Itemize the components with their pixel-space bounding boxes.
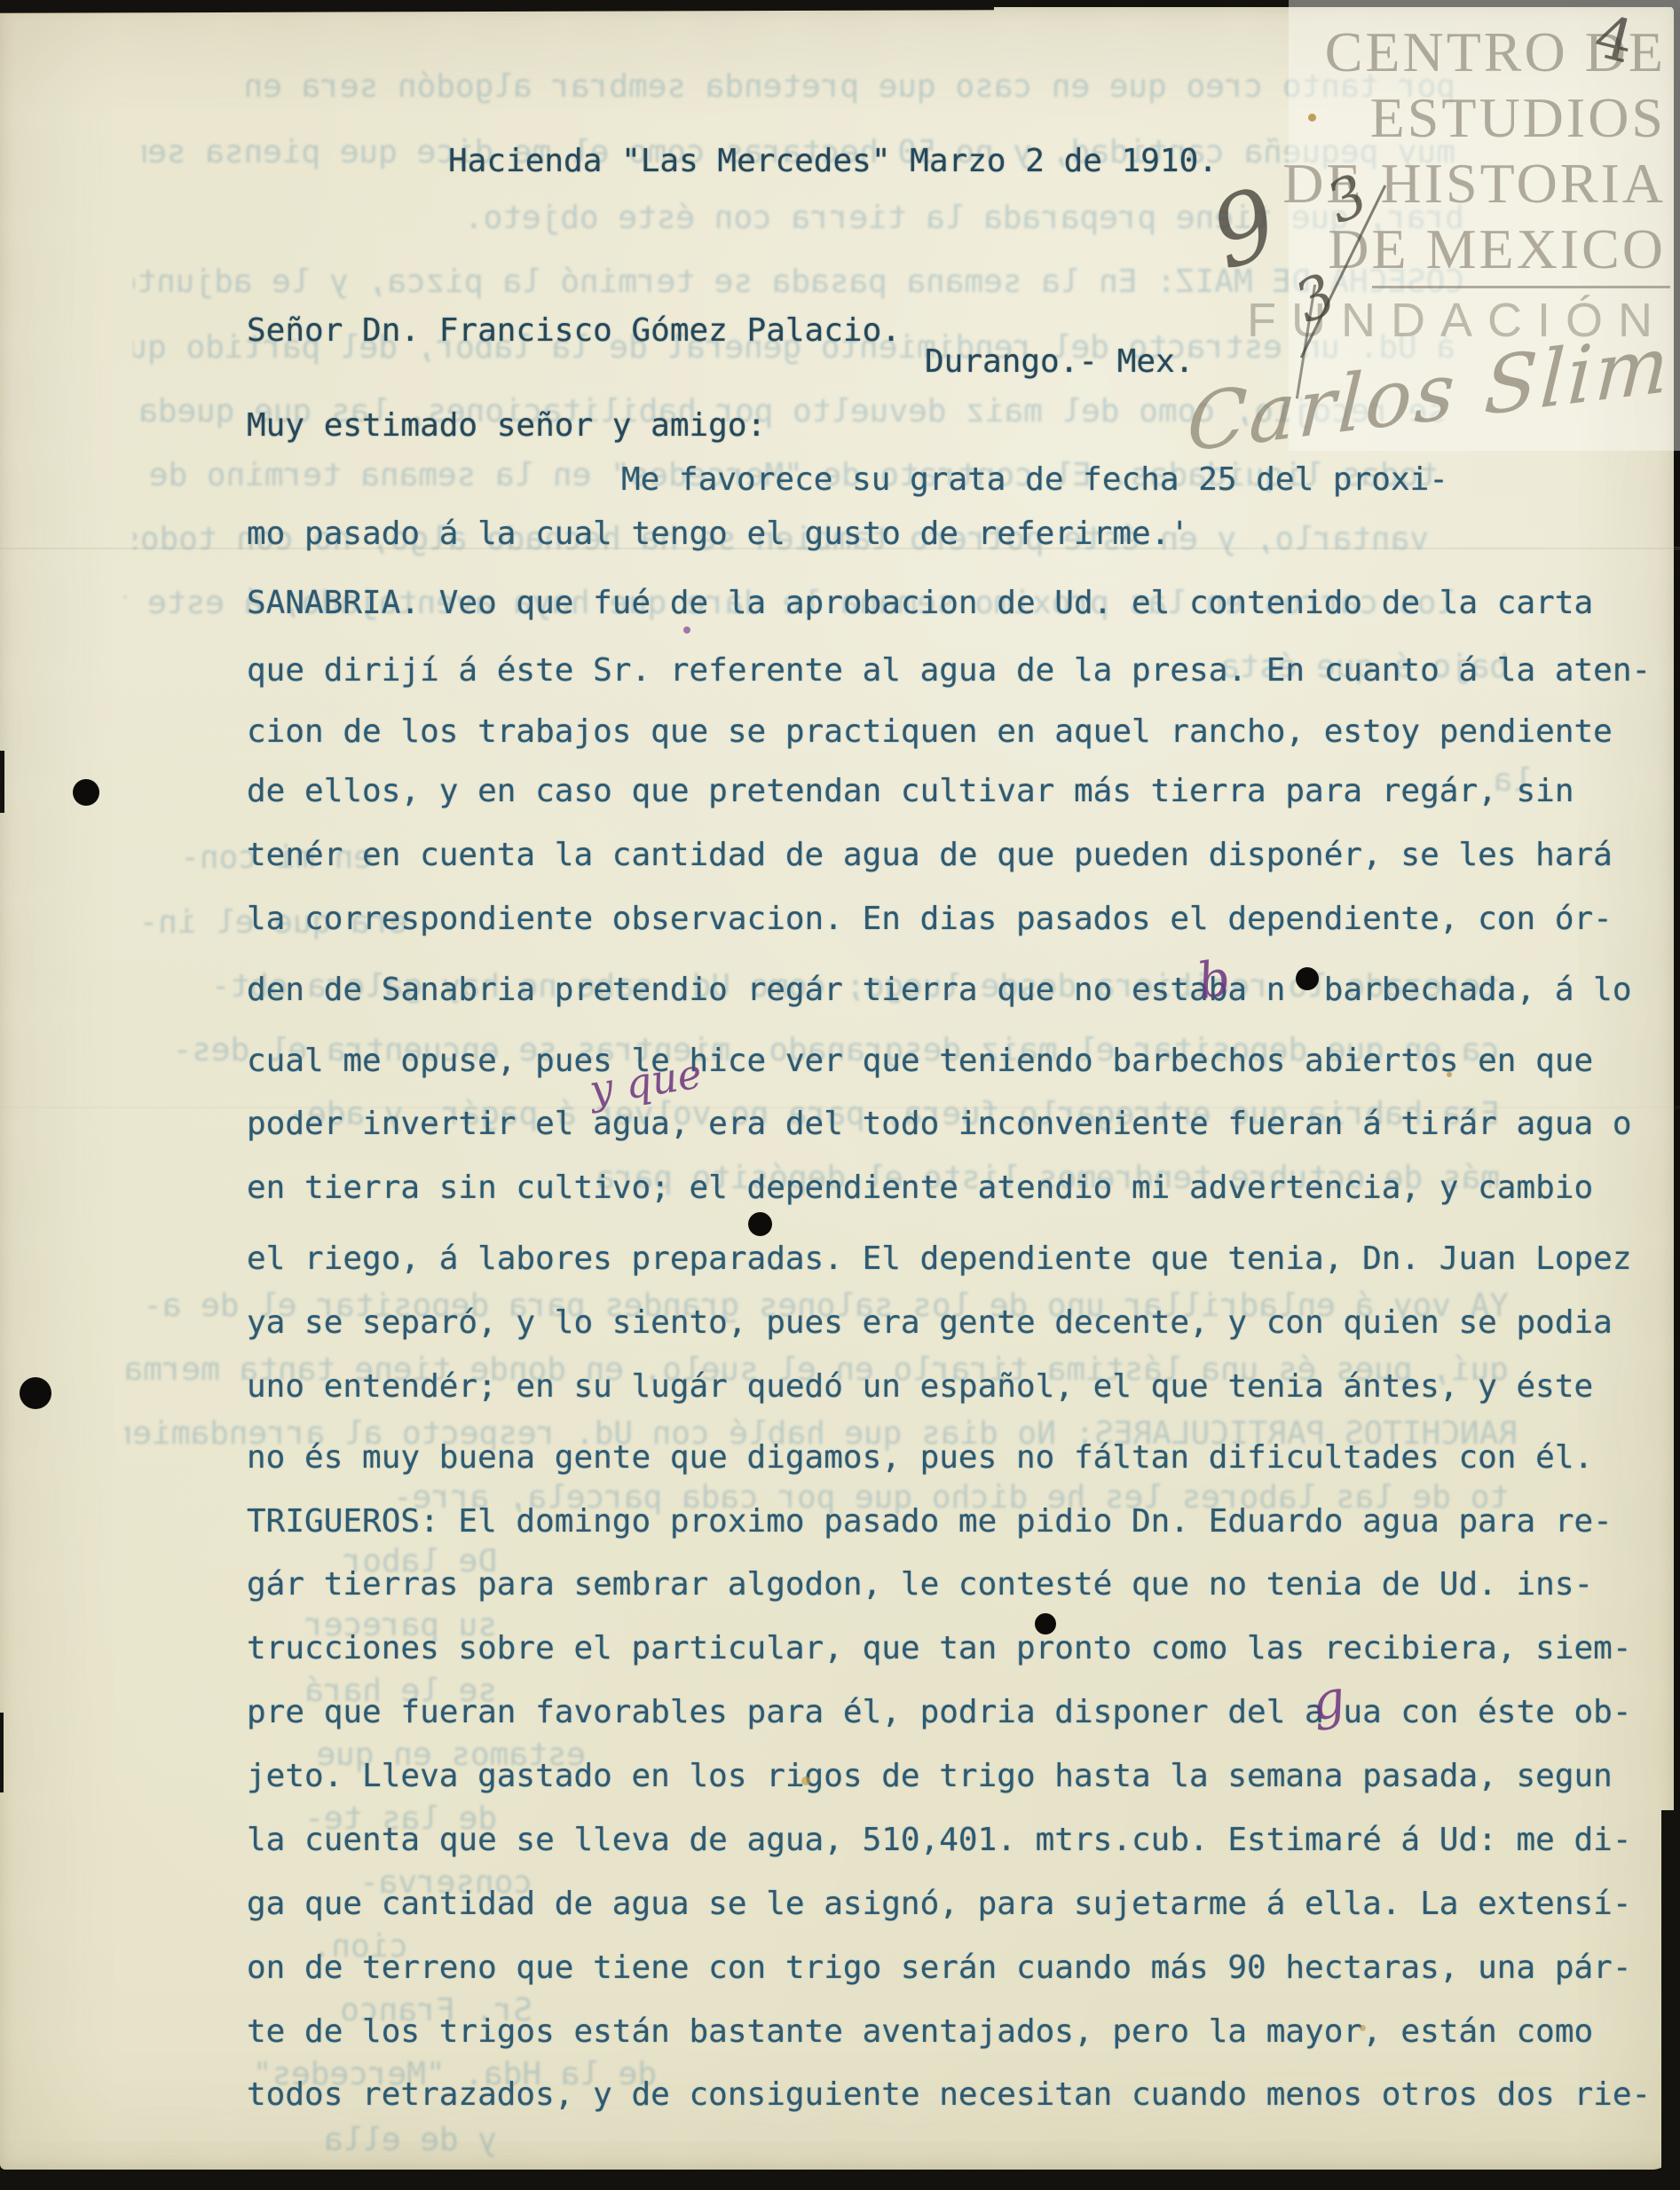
ink-blot <box>1296 967 1319 990</box>
scan-edge-bottom <box>0 2170 1680 2190</box>
ink-blot <box>73 779 99 806</box>
bleed-through-line: por tanto creo que en caso que pretenda … <box>204 67 1455 106</box>
ink-blot <box>1035 1613 1056 1635</box>
typed-line: SANABRIA. Veo que fué de la aprobacion d… <box>247 584 1593 623</box>
typed-line: la cuenta que se lleva de agua, 510,401.… <box>247 1821 1632 1860</box>
typed-line: on de terreno que tiene con trigo serán … <box>247 1949 1632 1988</box>
recipient-line: Señor Dn. Francisco Gómez Palacio. <box>247 311 901 351</box>
dateline: Hacienda "Las Mercedes" Marzo 2 de 1910. <box>448 142 1218 181</box>
scan-edge-left-b <box>0 1713 4 1792</box>
stain-speck <box>1360 2025 1366 2031</box>
typed-line: uno entendér; en su lugár quedó un españ… <box>247 1367 1593 1406</box>
typed-line: den de Sanabria pretendio regár tierra q… <box>247 971 1632 1010</box>
typed-line: el riego, á labores preparadas. El depen… <box>247 1240 1632 1279</box>
watermark-line: ESTUDIOS <box>1370 85 1666 151</box>
typed-line: no és muy buena gente que digamos, pues … <box>247 1438 1593 1477</box>
opening-line: Me favorece su grata de fecha 25 del pro… <box>621 461 1448 500</box>
salutation: Muy estimado señor y amigo: <box>247 406 766 445</box>
scan-edge-left-a <box>0 751 4 813</box>
stain-speck <box>1447 1072 1452 1077</box>
typed-line: que dirijí á éste Sr. referente al agua … <box>247 651 1651 690</box>
stain-speck <box>801 1776 810 1785</box>
typed-line: trucciones sobre el particular, que tan … <box>247 1629 1632 1668</box>
stain-speck <box>1308 114 1316 122</box>
typed-line: ga que cantidad de agua se le asignó, pa… <box>247 1885 1632 1924</box>
typed-line: poder invertir el agua, era del todo inc… <box>247 1105 1632 1144</box>
typed-line: gár tierras para sembrar algodon, le con… <box>247 1565 1593 1604</box>
typed-line: cual me opuse, pues le hice ver que teni… <box>247 1042 1593 1081</box>
typed-line: la correspondiente observacion. En dias … <box>247 900 1613 939</box>
typed-line: en tierra sin cultivo; el dependiente at… <box>247 1169 1593 1208</box>
bleed-through-line: y de ella <box>35 2121 497 2160</box>
typed-line: pre que fueran favorables para él, podri… <box>247 1693 1632 1732</box>
ink-blot <box>20 1377 51 1409</box>
watermark-rule <box>1372 286 1670 288</box>
typed-line: te de los trigos están bastante aventaja… <box>247 2013 1593 2052</box>
typed-line: todos retrazados, y de consiguiente nece… <box>247 2076 1651 2115</box>
stain-speck <box>683 626 690 634</box>
opening-line: mo pasado á la cual tengo el gusto de re… <box>247 515 1189 554</box>
watermark-line: DE MEXICO <box>1328 217 1666 282</box>
typed-line: tenér en cuenta la cantidad de agua de q… <box>247 836 1613 875</box>
typed-line: cion de los trabajos que se practiquen e… <box>247 713 1613 752</box>
typed-line: jeto. Lleva gastado en los rigos de trig… <box>247 1757 1613 1796</box>
scan-edge-right <box>1661 1810 1680 2190</box>
typed-line: de ellos, y en caso que pretendan cultiv… <box>247 772 1574 811</box>
recipient-city: Durango.- Mex. <box>925 343 1194 382</box>
typed-line: TRIGUEROS: El domingo proximo pasado me … <box>247 1502 1613 1541</box>
typed-line: ya se separó, y lo siento, pues era gent… <box>247 1304 1613 1343</box>
scanned-letter-page: por tanto creo que en caso que pretenda … <box>0 0 1680 2190</box>
ink-blot <box>748 1212 772 1236</box>
